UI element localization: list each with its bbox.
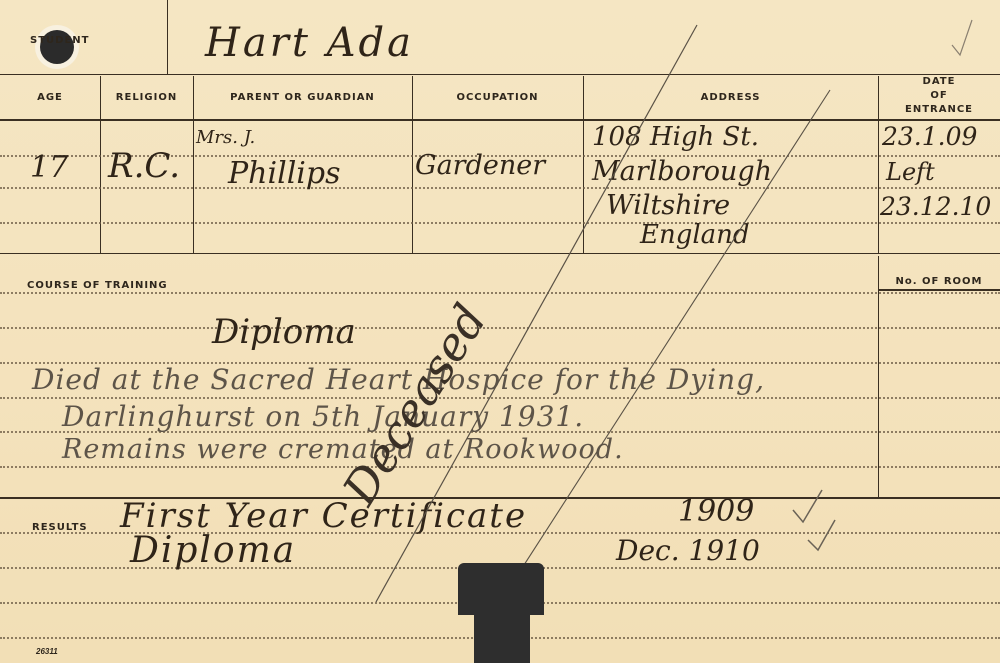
header-date: DATE OF ENTRANCE (878, 75, 1000, 117)
course-dotted-2 (0, 327, 1000, 329)
death-note-line2: Darlinghurst on 5th January 1931. (62, 400, 584, 433)
course-dotted-6 (0, 466, 1000, 468)
religion-value: R.C. (108, 146, 180, 186)
header-date-line2: OF (878, 89, 1000, 103)
student-label: STUDENT (30, 34, 89, 48)
check-mark-icon-2 (808, 520, 835, 550)
course-label: COURSE OF TRAINING (27, 279, 168, 293)
student-name: Hart Ada (205, 20, 414, 66)
row-dotted-line-3 (0, 222, 1000, 224)
address-line1: 108 High St. (592, 122, 759, 152)
course-value: Diploma (212, 312, 356, 352)
course-dotted-4 (0, 397, 1000, 399)
date-entrance: 23.1.09 (882, 122, 977, 151)
form-number: 26311 (36, 647, 58, 656)
address-line2: Marlborough (592, 156, 772, 187)
index-tab-cutout (458, 563, 544, 663)
parent-line2: Phillips (228, 156, 341, 191)
result-1-year: 1909 (678, 494, 754, 529)
room-label: No. OF ROOM (878, 275, 1000, 289)
header-date-line3: ENTRANCE (878, 103, 1000, 117)
header-parent: PARENT OR GUARDIAN (193, 91, 412, 105)
name-divider (167, 0, 168, 75)
address-line3: Wiltshire (606, 190, 730, 221)
address-line4: England (640, 220, 750, 250)
row-dotted-line-2 (0, 187, 1000, 189)
check-mark-icon (793, 490, 822, 522)
section-divider (0, 253, 1000, 254)
age-value: 17 (30, 150, 68, 185)
student-record-card: STUDENT Hart Ada AGE RELIGION PARENT OR … (0, 0, 1000, 663)
header-bottom-rule (0, 119, 1000, 121)
header-address: ADDRESS (583, 91, 878, 105)
header-top-rule (0, 74, 1000, 75)
result-2-date: Dec. 1910 (616, 534, 760, 567)
date-left: 23.12.10 (880, 192, 991, 221)
room-header-rule (878, 289, 1000, 291)
result-2-text: Diploma (130, 530, 296, 571)
death-note-line3: Remains were cremated at Rookwood. (62, 434, 624, 465)
date-left-label: Left (886, 158, 935, 186)
occupation-value: Gardener (415, 150, 545, 181)
header-age: AGE (0, 91, 100, 105)
header-date-line1: DATE (878, 75, 1000, 89)
course-dotted-1 (0, 292, 1000, 294)
header-religion: RELIGION (100, 91, 193, 105)
check-mark-icon-3 (952, 20, 972, 55)
parent-line1: Mrs. J. (196, 127, 255, 148)
header-occupation: OCCUPATION (412, 91, 583, 105)
